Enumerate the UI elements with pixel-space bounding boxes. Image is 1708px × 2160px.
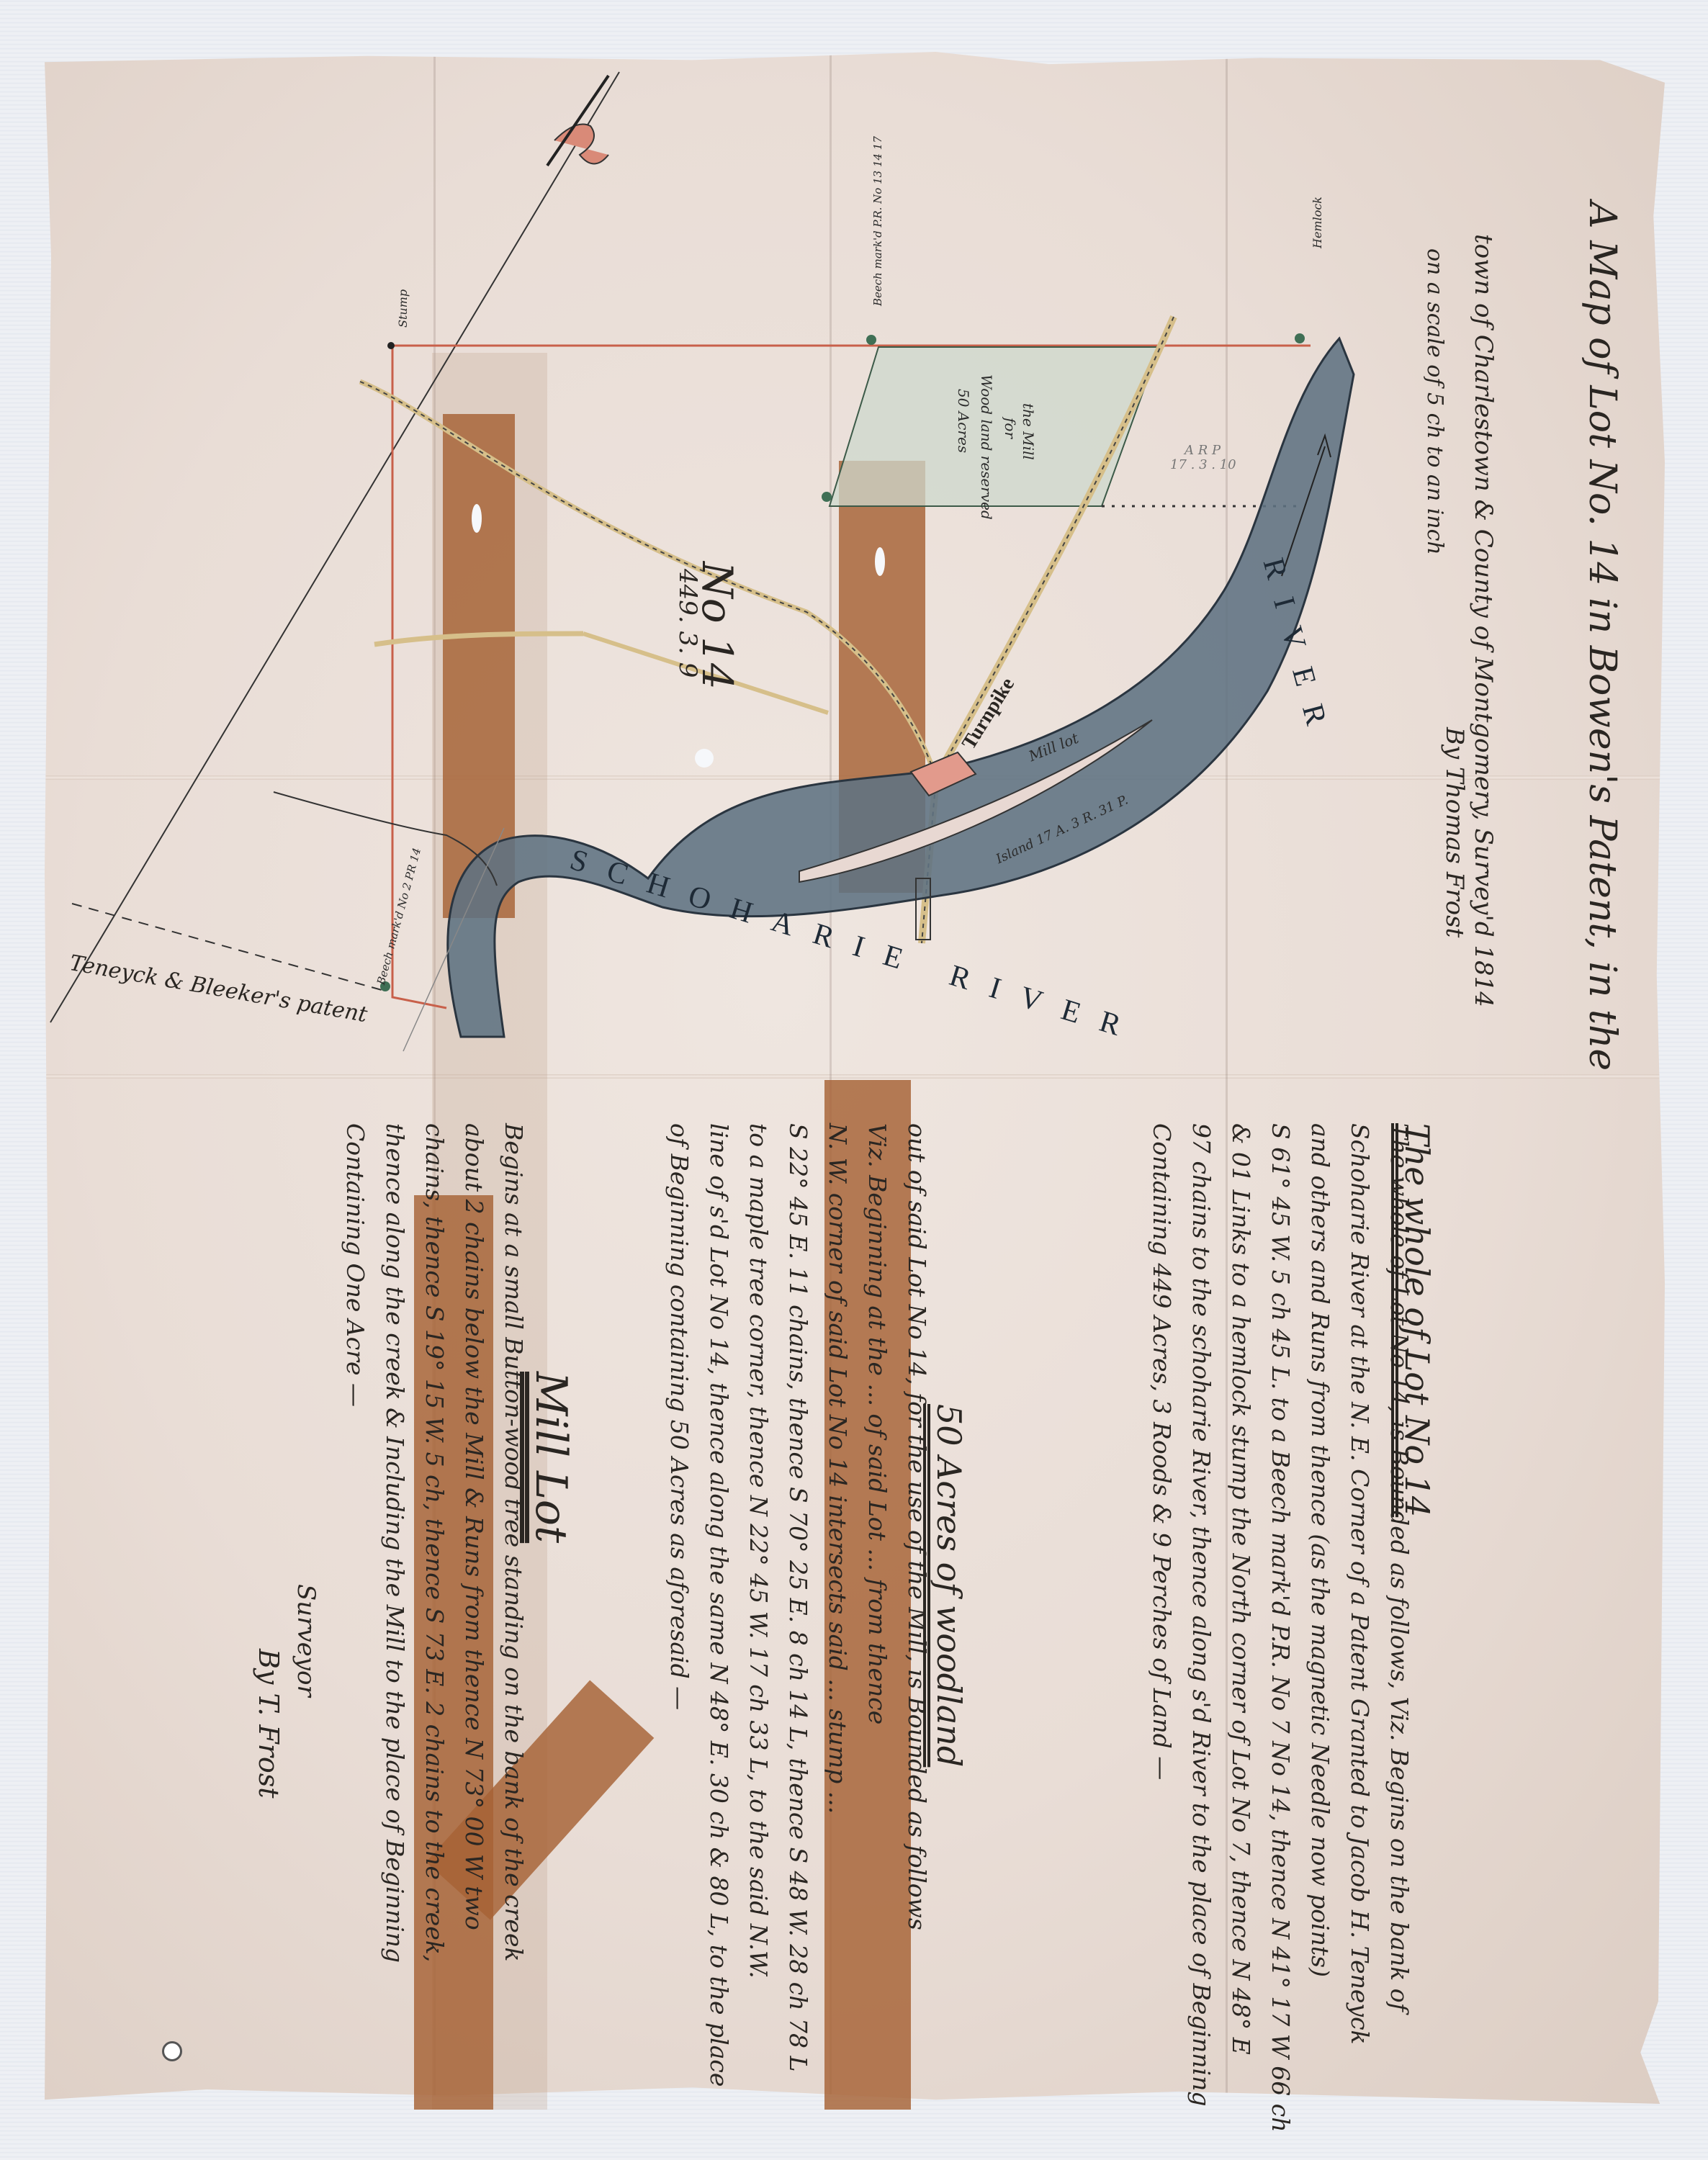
map-title: A Map of Lot No. 14 in Bowen's Patent, i… [1581,202,1624,1071]
woodland-label-1: 50 Acres [955,389,972,453]
surveyor-credit: By Thomas Frost [1440,727,1469,937]
stump-marker-icon [387,342,395,349]
whole-lot-line: Containing 449 Acres, 3 Roods & 9 Perche… [1150,1123,1174,1780]
whole-lot-line: S 61° 45 W. 5 ch 45 L. to a Beech mark'd… [1269,1123,1293,2133]
whole-lot-line: & 01 Links to a hemlock stump the North … [1229,1123,1253,2055]
woodland-label-4: the Mill [1020,403,1037,460]
mill-lot-heading: Mill Lot [526,1372,576,1543]
woodland-line: out of said Lot No 14, for the use of th… [905,1123,929,1930]
whole-lot-line: The whole of Lot No 14, is Bounded as fo… [1388,1123,1411,2012]
map-title-line2: town of Charlestown & County of Montgome… [1469,234,1498,1007]
woodland-label-2: Wood land reserved [978,374,995,520]
map-scale: on a scale of 5 ch to an inch [1422,248,1447,555]
mill-lot-line: thence along the creek & Including the M… [383,1123,407,1963]
woodland-line: line of s'd Lot No 14, thence along the … [707,1123,731,2087]
woodland-label-3: for [1002,418,1019,438]
surveyor-role: Surveyor [292,1584,320,1697]
lot-area-label: 449. 3. 9 [673,569,702,678]
woodland-line: N. W. corner of said Lot No 14 intersect… [826,1123,850,1814]
woodland-line: to a maple tree corner, thence N 22° 45 … [747,1123,770,1979]
surveyor-signature: By T. Frost [253,1649,284,1799]
woodland-line: Viz. Beginning at the ... of said Lot ..… [866,1123,889,1724]
whole-lot-line: 97 chains to the schoharie River, thence… [1190,1123,1213,2107]
hemlock-tree-icon [1295,333,1305,343]
whole-lot-line: and others and Runs from thence (as the … [1308,1123,1332,1977]
beech-top-label: Beech mark'd P.R. No 13 14 17 [871,136,884,306]
compass-fleur-icon [547,76,608,166]
pencil-note-1: A R P [1185,443,1221,458]
mill-lot-line: Containing One Acre — [343,1123,367,1407]
woodland-heading: 50 Acres of woodland [930,1404,968,1767]
pencil-note-2: 17 . 3 . 10 [1170,457,1236,472]
woodland-line: of Beginning containing 50 Acres as afor… [668,1123,691,1710]
whole-lot-line: Schoharie River at the N. E. Corner of a… [1348,1123,1372,2045]
hemlock-label: Hemlock [1311,197,1324,248]
maple-tree-icon [822,492,832,502]
mill-lot-line: Begins at a small Button-wood tree stand… [502,1123,526,1961]
map-drawing [0,0,1708,2160]
mill-lot-line: about 2 chains below the Mill & Runs fro… [462,1123,486,1930]
woodland-line: S 22° 45 E. 11 chains, thence S 70° 25 E… [786,1123,810,2071]
stump-label: Stump [396,289,410,328]
mill-lot-line: chains, thence S 19° 15 W. 5 ch, thence … [423,1123,446,1962]
meridian-line [50,72,619,1022]
creek [274,792,497,886]
beech-tree-icon [866,335,876,345]
